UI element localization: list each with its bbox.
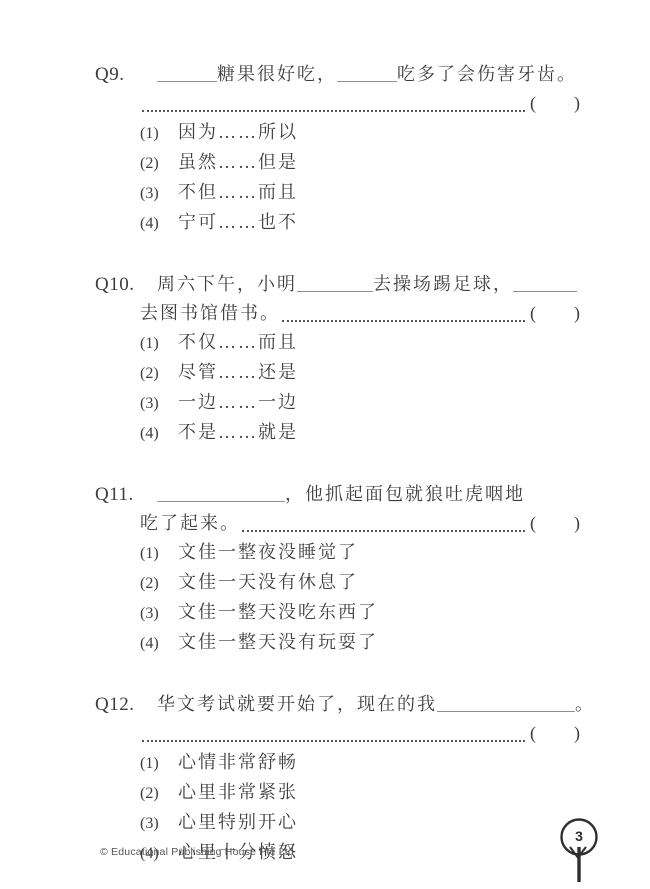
option-number: (1) — [140, 120, 170, 148]
option-row: (2) 虽然……但是 — [140, 148, 580, 178]
blank-line — [437, 696, 575, 712]
option-row: (1) 不仅……而且 — [140, 328, 580, 358]
option-row: (2) 尽管……还是 — [140, 358, 580, 388]
option-text: 文佳一整天没吃东西了 — [178, 598, 378, 626]
option-text: 不是……就是 — [178, 418, 298, 446]
answer-bracket-open: ( — [530, 509, 536, 538]
option-number: (3) — [140, 810, 170, 838]
option-text: 不但……而且 — [178, 178, 298, 206]
worksheet-page: Q9. 糖果很好吃， 吃多了会伤害牙齿。 ( ) (1) 因为……所以 (2) … — [0, 0, 650, 889]
question-q11: Q11. ，他抓起面包就狼吐虎咽地 吃了起来。 ( ) (1) 文佳一整夜没睡觉… — [95, 480, 580, 658]
option-row: (3) 一边……一边 — [140, 388, 580, 418]
answer-bracket-close: ) — [574, 89, 580, 118]
question-q12: Q12. 华文考试就要开始了，现在的我 。 ( ) (1) 心情非常舒畅 (2)… — [95, 690, 580, 868]
option-text: 文佳一整天没有玩耍了 — [178, 628, 378, 656]
option-text: 心里特别开心 — [178, 808, 298, 836]
answer-bracket-open: ( — [530, 299, 536, 328]
question-label: Q11. — [95, 480, 157, 509]
blank-line — [337, 66, 397, 82]
option-text: 虽然……但是 — [178, 148, 298, 176]
stem-text: ，他抓起面包就狼吐虎咽地 — [285, 480, 525, 509]
option-number: (2) — [140, 570, 170, 598]
blank-line — [513, 276, 577, 292]
option-text: 因为……所以 — [178, 118, 298, 146]
option-row: (3) 不但……而且 — [140, 178, 580, 208]
stem-text: 去操场踢足球， — [373, 270, 513, 299]
page-number: 3 — [575, 828, 583, 844]
answer-bracket-close: ) — [574, 509, 580, 538]
option-number: (4) — [140, 420, 170, 448]
stem-text: 糖果很好吃， — [217, 60, 337, 89]
option-text: 一边……一边 — [178, 388, 298, 416]
answer-row: 吃了起来。 ( ) — [140, 509, 580, 538]
option-row: (2) 文佳一天没有休息了 — [140, 568, 580, 598]
option-text: 心情非常舒畅 — [178, 748, 298, 776]
option-text: 尽管……还是 — [178, 358, 298, 386]
question-label: Q10. — [95, 270, 157, 299]
question-stem-row: Q11. ，他抓起面包就狼吐虎咽地 — [95, 480, 580, 509]
option-row: (4) 不是……就是 — [140, 418, 580, 448]
stem-text: 吃多了会伤害牙齿。 — [397, 60, 577, 89]
option-text: 宁可……也不 — [178, 208, 298, 236]
blank-line — [157, 66, 217, 82]
stem-text-continued: 去图书馆借书。 — [140, 299, 280, 328]
option-number: (1) — [140, 750, 170, 778]
blank-line — [157, 486, 285, 502]
option-number: (3) — [140, 390, 170, 418]
option-row: (3) 心里特别开心 — [140, 808, 580, 838]
option-row: (4) 宁可……也不 — [140, 208, 580, 238]
blank-line — [297, 276, 373, 292]
answer-row: ( ) — [140, 719, 580, 748]
option-number: (1) — [140, 330, 170, 358]
option-row: (3) 文佳一整天没吃东西了 — [140, 598, 580, 628]
option-row: (1) 因为……所以 — [140, 118, 580, 148]
question-label: Q9. — [95, 60, 157, 89]
answer-bracket-open: ( — [530, 719, 536, 748]
option-row: (4) 文佳一整天没有玩耍了 — [140, 628, 580, 658]
stem-text-continued: 吃了起来。 — [140, 509, 240, 538]
option-row: (2) 心里非常紧张 — [140, 778, 580, 808]
option-row: (1) 文佳一整夜没睡觉了 — [140, 538, 580, 568]
answer-row: 去图书馆借书。 ( ) — [140, 299, 580, 328]
option-text: 不仅……而且 — [178, 328, 298, 356]
option-number: (2) — [140, 360, 170, 388]
option-row: (1) 心情非常舒畅 — [140, 748, 580, 778]
question-q10: Q10. 周六下午，小明 去操场踢足球， 去图书馆借书。 ( ) (1) 不仅…… — [95, 270, 580, 448]
dotted-leader — [142, 110, 525, 112]
option-number: (2) — [140, 150, 170, 178]
dotted-leader — [242, 530, 525, 532]
answer-row: ( ) — [140, 89, 580, 118]
option-number: (4) — [140, 630, 170, 658]
option-text: 文佳一整夜没睡觉了 — [178, 538, 358, 566]
dotted-leader — [142, 740, 525, 742]
question-q9: Q9. 糖果很好吃， 吃多了会伤害牙齿。 ( ) (1) 因为……所以 (2) … — [95, 60, 580, 238]
question-stem-row: Q10. 周六下午，小明 去操场踢足球， — [95, 270, 580, 299]
stem-text: 华文考试就要开始了，现在的我 — [157, 690, 437, 719]
option-number: (2) — [140, 780, 170, 808]
question-label: Q12. — [95, 690, 157, 719]
answer-bracket-open: ( — [530, 89, 536, 118]
page-number-tree-icon: 3 — [556, 816, 602, 884]
stem-text: 周六下午，小明 — [157, 270, 297, 299]
option-number: (3) — [140, 600, 170, 628]
option-number: (1) — [140, 540, 170, 568]
option-text: 心里非常紧张 — [178, 778, 298, 806]
question-stem-row: Q9. 糖果很好吃， 吃多了会伤害牙齿。 — [95, 60, 580, 89]
answer-bracket-close: ) — [574, 719, 580, 748]
answer-bracket-close: ) — [574, 299, 580, 328]
option-number: (4) — [140, 210, 170, 238]
dotted-leader — [282, 320, 525, 322]
copyright-text: © Educational Publishing House Pte Ltd — [100, 846, 294, 858]
stem-text: 。 — [575, 690, 595, 719]
option-number: (3) — [140, 180, 170, 208]
option-text: 文佳一天没有休息了 — [178, 568, 358, 596]
question-stem-row: Q12. 华文考试就要开始了，现在的我 。 — [95, 690, 580, 719]
